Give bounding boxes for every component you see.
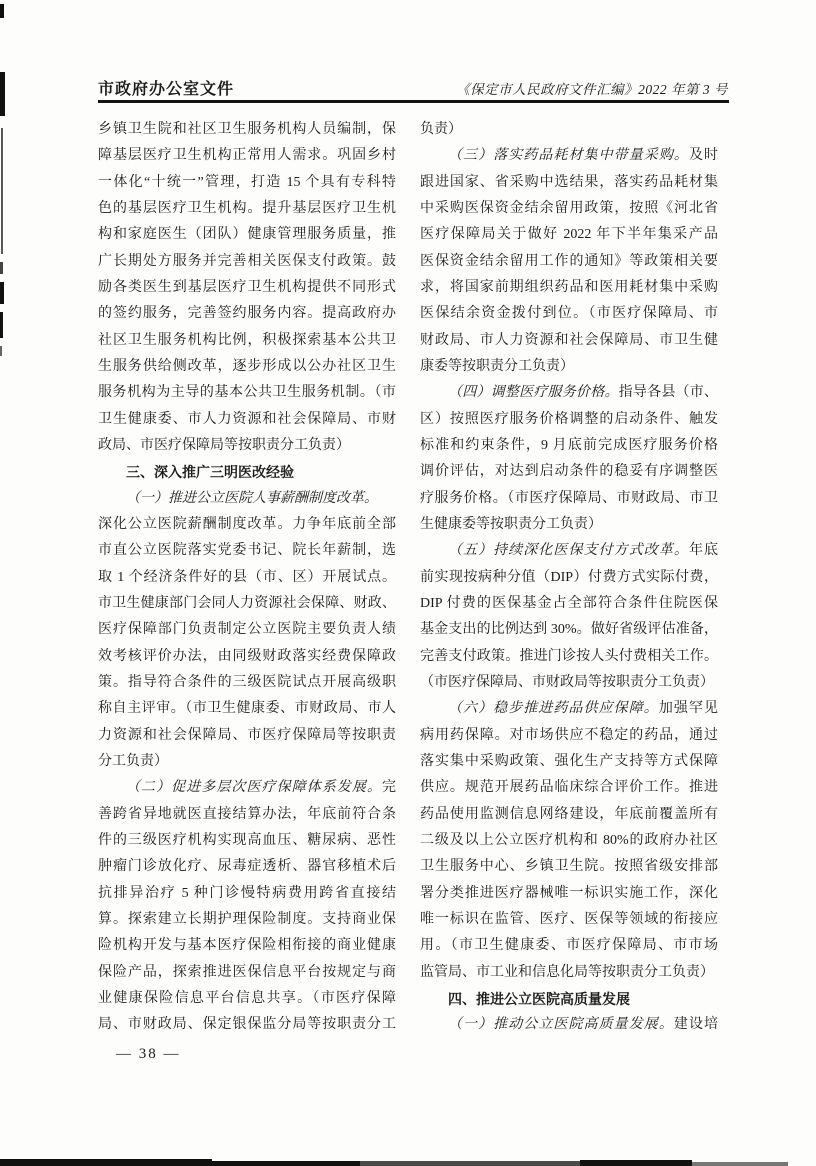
scan-artifact [0,72,5,116]
body-text: 财政局、市人力资源和社会保障局、市卫生健 [420,333,718,348]
clause-heading-text: （五）持续深化医保支付方式改革。 [448,543,689,558]
body-text: 的签约服务，完善签约服务内容。提高政府办 [98,306,396,321]
body-text: 市直公立医院落实党委书记、院长年薪制，选 [98,543,396,558]
body-text: 色的基层医疗卫生机构。提升基层医疗卫生机 [98,201,396,216]
text-line: 力资源和社会保障局、市医疗保障局等按职责 [98,723,396,749]
scan-artifact [0,4,4,18]
body-text: 署分类推进医疗器械唯一标识实施工作，深化 [420,886,718,901]
text-line: 算。探索建立长期护理保险制度。支持商业保 [98,907,396,933]
scan-artifact [0,312,3,338]
scan-artifact [692,1162,788,1166]
text-line: 医保结余资金拨付到位。（市医疗保障局、市 [420,301,718,327]
text-line: 局、市财政局、保定银保监分局等按职责分工 [98,1012,396,1038]
body-text: 唯一标识在监管、医疗、医保等领域的衔接应 [420,912,718,927]
text-line: 的签约服务，完善签约服务内容。提高政府办 [98,301,396,327]
text-line: 深化公立医院薪酬制度改革。力争年底前全部 [98,512,396,538]
body-text: 效考核评价办法，由同级财政落实经费保障政 [98,649,396,664]
text-line: 标准和约束条件，9 月底前完成医疗服务价格 [420,433,718,459]
text-line: 医疗保障局关于做好 2022 年下半年集采产品 [420,222,718,248]
text-line: 险机构开发与基本医疗保险相衔接的商业健康 [98,933,396,959]
text-line: 唯一标识在监管、医疗、医保等领域的衔接应 [420,907,718,933]
body-text: 励各类医生到基层医疗卫生机构提供不同形式 [98,280,396,295]
body-text: 生服务供给侧改革，逐步形成以公办社区卫生 [98,359,396,374]
text-line: 病用药保障。对市场供应不稳定的药品，通过 [420,723,718,749]
body-text: 抗排异治疗 5 种门诊慢特病费用跨省直接结 [98,886,396,901]
text-line: （三）落实药品耗材集中带量采购。及时 [420,143,718,169]
body-text: 监管局、市工业和信息化局等按职责分工负责） [420,965,714,980]
body-text: 称自主评审。（市卫生健康委、市财政局、市人 [98,701,396,716]
body-text: 构和家庭医生（团队）健康管理服务质量，推 [98,227,396,242]
body-text: 用。（市卫生健康委、市医疗保障局、市市场 [420,938,718,953]
text-line: 四、推进公立医院高质量发展 [420,986,718,1012]
text-line: （四）调整医疗服务价格。指导各县（市、 [420,380,718,406]
text-line: 区）按照医疗服务价格调整的启动条件、触发 [420,407,718,433]
body-text: 基金支出的比例达到 30%。做好省级评估准备， [420,622,718,637]
body-text: 负责） [420,122,462,137]
body-text: 病用药保障。对市场供应不稳定的药品，通过 [420,728,718,743]
body-text: 广长期处方服务并完善相关医保支付政策。鼓 [98,254,396,269]
text-column-left: 乡镇卫生院和社区卫生服务机构人员编制，保障基层医疗卫生机构正常用人需求。巩固乡村… [98,117,396,1038]
body-text: 政局、市医疗保障局等按职责分工负责） [98,438,350,453]
text-line: 三、深入推广三明医改经验 [98,459,396,485]
body-text: DIP 付费的医保基金占全部符合条件住院医保 [420,596,718,611]
text-line: 用。（市卫生健康委、市医疗保障局、市市场 [420,933,718,959]
clause-heading-text: （四）调整医疗服务价格。 [448,385,619,400]
body-text: 医保资金结余留用工作的通知》等政策相关要 [420,254,718,269]
header-rule [98,100,729,103]
body-text: 策。指导符合条件的三级医院试点开展高级职 [98,675,396,690]
body-text: 卫生服务中心、乡镇卫生院。按照省级安排部 [420,859,718,874]
body-text: 建设培 [674,1017,718,1032]
scan-artifact [1,128,3,254]
text-line: DIP 付费的医保基金占全部符合条件住院医保 [420,591,718,617]
body-text: 险机构开发与基本医疗保险相衔接的商业健康 [98,938,396,953]
text-line: 分工负责） [98,749,396,775]
text-line: （五）持续深化医保支付方式改革。年底 [420,538,718,564]
body-text: 指导各县（市、 [619,385,718,400]
body-text: 落实集中采购政策、强化生产支持等方式保障 [420,754,718,769]
text-line: 负责） [420,117,718,143]
text-line: 励各类医生到基层医疗卫生机构提供不同形式 [98,275,396,301]
body-text: 深化公立医院薪酬制度改革。力争年底前全部 [98,517,396,532]
text-line: 保险产品，探索推进医保信息平台按规定与商 [98,960,396,986]
text-line: 求，将国家前期组织药品和医用耗材集中采购 [420,275,718,301]
text-line: 广长期处方服务并完善相关医保支付政策。鼓 [98,249,396,275]
page-number: — 38 — [116,1046,181,1063]
body-text: 取 1 个经济条件好的县（市、区）开展试点。 [98,570,396,585]
body-text: 完善支付政策。推进门诊按人头付费相关工作。 [420,649,718,664]
text-line: （二）促进多层次医疗保障体系发展。完 [98,775,396,801]
body-text: 供应。规范开展药品临床综合评价工作。推进 [420,780,718,795]
text-line: 生服务供给侧改革，逐步形成以公办社区卫生 [98,354,396,380]
body-text: 保险产品，探索推进医保信息平台按规定与商 [98,965,396,980]
text-line: 完善支付政策。推进门诊按人头付费相关工作。 [420,644,718,670]
text-line: 前实现按病种分值（DIP）付费方式实际付费， [420,565,718,591]
body-text: 药品使用监测信息网络建设，年底前覆盖所有 [420,807,718,822]
body-text: 标准和约束条件，9 月底前完成医疗服务价格 [420,438,718,453]
body-text: 二级及以上公立医疗机构和 80%的政府办社区 [420,833,718,848]
text-line: 医疗保障部门负责制定公立医院主要负责人绩 [98,617,396,643]
text-line: 效考核评价办法，由同级财政落实经费保障政 [98,644,396,670]
body-text: 完 [382,780,396,795]
body-text: 前实现按病种分值（DIP）付费方式实际付费， [420,570,718,585]
body-text: 生健康委等按职责分工负责） [420,517,602,532]
section-heading-text: 三、深入推广三明医改经验 [126,464,294,480]
text-line: 乡镇卫生院和社区卫生服务机构人员编制，保 [98,117,396,143]
clause-heading-text: （一）推进公立医院人事薪酬制度改革。 [126,491,378,506]
text-line: 医保资金结余留用工作的通知》等政策相关要 [420,249,718,275]
scan-artifact [0,346,2,356]
text-line: 生健康委等按职责分工负责） [420,512,718,538]
text-line: 障基层医疗卫生机构正常用人需求。巩固乡村 [98,143,396,169]
scan-artifact [0,1159,212,1166]
text-line: 社区卫生服务机构比例，积极探索基本公共卫 [98,328,396,354]
body-text: 跟进国家、省采购中选结果，落实药品耗材集 [420,175,718,190]
text-line: 善跨省异地就医直接结算办法，年底前符合条 [98,802,396,828]
header-left-title: 市政府办公室文件 [98,76,234,99]
text-line: 卫生服务中心、乡镇卫生院。按照省级安排部 [420,854,718,880]
text-line: 称自主评审。（市卫生健康委、市财政局、市人 [98,696,396,722]
text-line: 肿瘤门诊放化疗、尿毒症透析、器官移植术后 [98,854,396,880]
text-line: 署分类推进医疗器械唯一标识实施工作，深化 [420,881,718,907]
body-text: 社区卫生服务机构比例，积极探索基本公共卫 [98,333,396,348]
text-line: 药品使用监测信息网络建设，年底前覆盖所有 [420,802,718,828]
text-line: 业健康保险信息平台信息共享。（市医疗保障 [98,986,396,1012]
scan-artifact [360,1161,580,1166]
text-line: （一）推动公立医院高质量发展。建设培 [420,1012,718,1038]
body-text: 加强罕见 [659,701,718,716]
text-line: 构和家庭医生（团队）健康管理服务质量，推 [98,222,396,248]
page-header: 市政府办公室文件 《保定市人民政府文件汇编》2022 年第 3 号 [98,76,728,99]
section-heading-text: 四、推进公立医院高质量发展 [448,991,630,1007]
text-line: 中采购医保资金结余留用政策，按照《河北省 [420,196,718,222]
text-line: 抗排异治疗 5 种门诊慢特病费用跨省直接结 [98,881,396,907]
text-line: 策。指导符合条件的三级医院试点开展高级职 [98,670,396,696]
body-text: 分工负责） [98,754,168,769]
body-text: 肿瘤门诊放化疗、尿毒症透析、器官移植术后 [98,859,396,874]
clause-heading-text: （三）落实药品耗材集中带量采购。 [448,148,689,163]
body-text: 中采购医保资金结余留用政策，按照《河北省 [420,201,718,216]
clause-heading-text: （一）推动公立医院高质量发展。 [448,1017,674,1032]
body-text: 服务机构为主导的基本公共卫生服务机制。（市 [98,385,396,400]
body-text: 康委等按职责分工负责） [420,359,574,374]
text-line: 一体化“十统一”管理，打造 15 个具有专科特 [98,170,396,196]
body-text: 业健康保险信息平台信息共享。（市医疗保障 [98,991,396,1006]
text-line: 康委等按职责分工负责） [420,354,718,380]
body-text: （市医疗保障局、市财政局等按职责分工负责） [420,675,714,690]
body-text: 卫生健康委、市人力资源和社会保障局、市财 [98,412,396,427]
text-line: 二级及以上公立医疗机构和 80%的政府办社区 [420,828,718,854]
body-text: 障基层医疗卫生机构正常用人需求。巩固乡村 [98,148,396,163]
text-line: 色的基层医疗卫生机构。提升基层医疗卫生机 [98,196,396,222]
scan-artifact [0,282,4,304]
text-line: （六）稳步推进药品供应保障。加强罕见 [420,696,718,722]
document-page: 市政府办公室文件 《保定市人民政府文件汇编》2022 年第 3 号 乡镇卫生院和… [0,0,816,1166]
body-text: 算。探索建立长期护理保险制度。支持商业保 [98,912,396,927]
text-line: 市直公立医院落实党委书记、院长年薪制，选 [98,538,396,564]
text-line: 供应。规范开展药品临床综合评价工作。推进 [420,775,718,801]
body-text: 力资源和社会保障局、市医疗保障局等按职责 [98,728,396,743]
body-text: 区）按照医疗服务价格调整的启动条件、触发 [420,412,718,427]
text-line: 卫生健康委、市人力资源和社会保障局、市财 [98,407,396,433]
body-text: 局、市财政局、保定银保监分局等按职责分工 [98,1017,396,1032]
text-line: 财政局、市人力资源和社会保障局、市卫生健 [420,328,718,354]
text-line: 基金支出的比例达到 30%。做好省级评估准备， [420,617,718,643]
text-line: 政局、市医疗保障局等按职责分工负责） [98,433,396,459]
header-right-title: 《保定市人民政府文件汇编》2022 年第 3 号 [456,78,728,98]
body-text: 医保结余资金拨付到位。（市医疗保障局、市 [420,306,718,321]
text-line: 跟进国家、省采购中选结果，落实药品耗材集 [420,170,718,196]
text-line: （市医疗保障局、市财政局等按职责分工负责） [420,670,718,696]
text-line: 取 1 个经济条件好的县（市、区）开展试点。 [98,565,396,591]
clause-heading-text: （六）稳步推进药品供应保障。 [448,701,659,716]
scan-artifact [212,1161,360,1166]
body-text: 件的三级医疗机构实现高血压、糖尿病、恶性 [98,833,396,848]
text-line: 监管局、市工业和信息化局等按职责分工负责） [420,960,718,986]
body-text: 医疗保障局关于做好 2022 年下半年集采产品 [420,227,718,242]
body-text: 市卫生健康部门会同人力资源社会保障、财政、 [98,596,396,611]
body-text: 善跨省异地就医直接结算办法，年底前符合条 [98,807,396,822]
clause-heading-text: （二）促进多层次医疗保障体系发展。 [126,780,382,795]
body-text: 乡镇卫生院和社区卫生服务机构人员编制，保 [98,122,396,137]
body-text: 求，将国家前期组织药品和医用耗材集中采购 [420,280,718,295]
text-line: 疗服务价格。（市医疗保障局、市财政局、市卫 [420,486,718,512]
body-text: 及时 [689,148,718,163]
body-text: 疗服务价格。（市医疗保障局、市财政局、市卫 [420,491,718,506]
text-line: 市卫生健康部门会同人力资源社会保障、财政、 [98,591,396,617]
body-text: 调价评估，对达到启动条件的稳妥有序调整医 [420,464,718,479]
text-line: 件的三级医疗机构实现高血压、糖尿病、恶性 [98,828,396,854]
text-line: 调价评估，对达到启动条件的稳妥有序调整医 [420,459,718,485]
text-line: 服务机构为主导的基本公共卫生服务机制。（市 [98,380,396,406]
text-line: （一）推进公立医院人事薪酬制度改革。 [98,486,396,512]
body-text: 年底 [689,543,718,558]
text-line: 落实集中采购政策、强化生产支持等方式保障 [420,749,718,775]
body-text: 一体化“十统一”管理，打造 15 个具有专科特 [98,175,396,190]
body-text: 医疗保障部门负责制定公立医院主要负责人绩 [98,622,396,637]
scan-artifact [580,1160,692,1166]
text-column-right: 负责）（三）落实药品耗材集中带量采购。及时跟进国家、省采购中选结果，落实药品耗材… [420,117,718,1038]
scan-artifact [0,262,3,274]
